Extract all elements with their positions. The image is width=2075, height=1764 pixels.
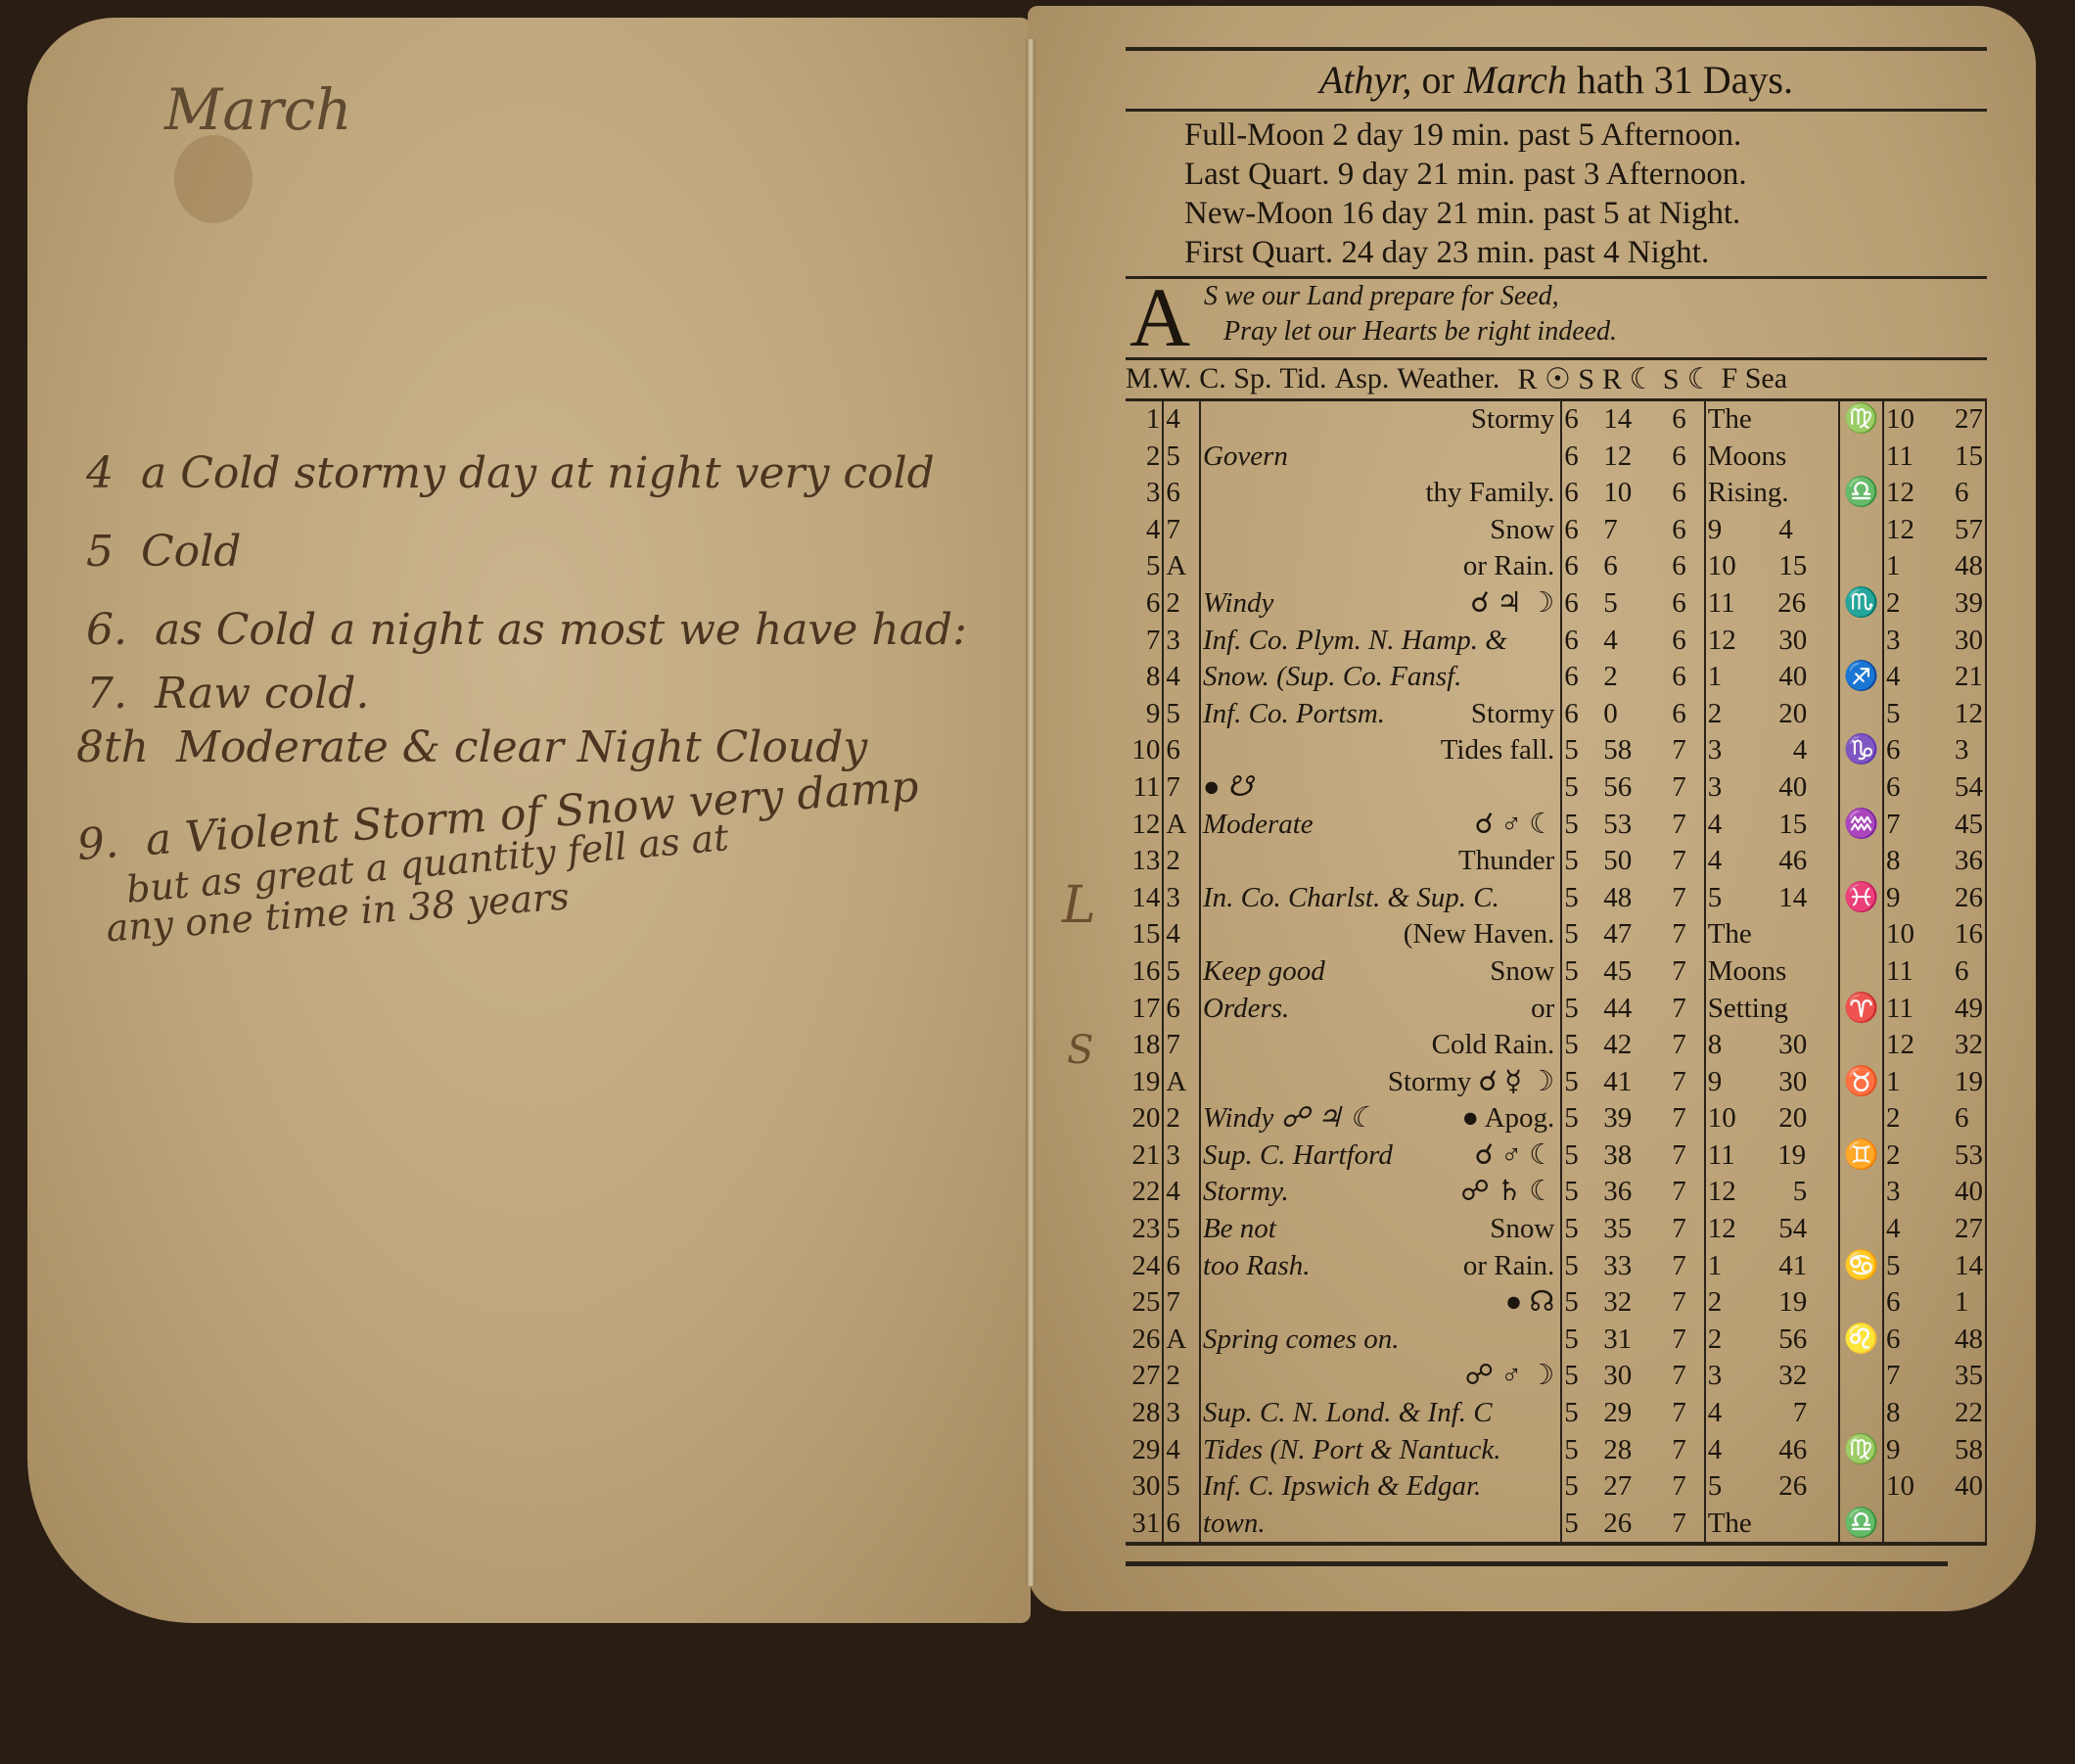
zodiac-sign: ♌ — [1839, 1322, 1883, 1359]
moon-rise-set: Moons — [1705, 439, 1840, 476]
full-sea: 330 — [1883, 623, 1986, 660]
zodiac-sign — [1839, 1358, 1883, 1395]
month-day: 24 — [1126, 1248, 1163, 1285]
sun-rise-set: 676 — [1561, 512, 1704, 549]
aspects-weather: or Rain. — [1200, 548, 1561, 585]
aspects-weather: Thunder — [1200, 843, 1561, 880]
sea-min: 27 — [1955, 1211, 1983, 1248]
sun-rise-min: 30 — [1603, 1358, 1672, 1395]
moon-rise-set: 2 56 — [1705, 1322, 1840, 1359]
sea-hour: 10 — [1886, 916, 1955, 953]
zodiac-sign — [1839, 769, 1883, 807]
moon-rise-set: 1 41 — [1705, 1248, 1840, 1285]
entry-day: 6. — [86, 605, 127, 655]
month-day: 20 — [1126, 1100, 1163, 1137]
full-sea: 836 — [1883, 843, 1986, 880]
margin-mark-l: L — [1062, 876, 1096, 935]
aspect-left-text: Inf. C. Ipswich & Edgar. — [1203, 1468, 1481, 1506]
sea-min: 21 — [1955, 659, 1983, 696]
moon-rise-set: 2 19 — [1705, 1284, 1840, 1322]
month-title: Athyr, or March hath 31 Days. — [1126, 47, 1987, 112]
full-sea: 745 — [1883, 807, 1986, 844]
zodiac-sign: ♐ — [1839, 659, 1883, 696]
sun-rise-set: 5277 — [1561, 1468, 1704, 1506]
sea-hour: 7 — [1886, 807, 1955, 844]
week-day: 2 — [1163, 585, 1200, 623]
sun-set-hour: 7 — [1672, 1027, 1686, 1064]
aspect-left-text: Orders. — [1203, 991, 1289, 1028]
sun-rise-set: 5267 — [1561, 1506, 1704, 1543]
aspects-weather: Spring comes on. — [1200, 1322, 1561, 1359]
aspect-left-text: Windy — [1203, 585, 1274, 623]
week-day: 7 — [1163, 769, 1200, 807]
sun-rise-hour: 5 — [1564, 732, 1603, 769]
sun-rise-min: 14 — [1603, 401, 1672, 439]
sea-hour: 4 — [1886, 659, 1955, 696]
header-asp: Asp. — [1335, 362, 1390, 396]
aspect-right-text: ☍ ♂ ☽ — [1465, 1358, 1555, 1395]
moon-rise-set: 5 14 — [1705, 880, 1840, 917]
aspects-weather: Stormy — [1200, 401, 1561, 439]
sun-rise-set: 5317 — [1561, 1322, 1704, 1359]
full-sea: 1149 — [1883, 991, 1986, 1028]
moon-rise-set: 4 46 — [1705, 843, 1840, 880]
week-day: 5 — [1163, 696, 1200, 733]
entry-text: Cold — [141, 527, 241, 577]
table-row: 224Stormy.☍ ♄ ☾536712 5340 — [1126, 1174, 1986, 1211]
sea-hour: 2 — [1886, 1100, 1955, 1137]
aspect-left-text: Snow. (Sup. Co. Fansf. — [1203, 659, 1462, 696]
moon-rise-set: The — [1705, 401, 1840, 439]
sun-set-hour: 7 — [1672, 1211, 1686, 1248]
entry-day-8: 8th Moderate & clear Night Cloudy — [76, 722, 867, 772]
sun-rise-hour: 5 — [1564, 1468, 1603, 1506]
sun-rise-min: 7 — [1603, 512, 1672, 549]
sea-hour: 11 — [1886, 953, 1955, 991]
sea-min: 6 — [1955, 475, 1969, 512]
month-day: 2 — [1126, 439, 1163, 476]
aspect-right-text: or — [1531, 991, 1554, 1028]
sun-rise-min: 4 — [1603, 623, 1672, 660]
sun-set-hour: 6 — [1672, 623, 1686, 660]
week-day: 2 — [1163, 1100, 1200, 1137]
header-mw: M.W. — [1126, 362, 1191, 396]
sea-hour: 5 — [1886, 1248, 1955, 1285]
sun-rise-set: 5507 — [1561, 843, 1704, 880]
sea-min: 53 — [1955, 1137, 1983, 1175]
aspects-weather: (New Haven. — [1200, 916, 1561, 953]
week-day: 7 — [1163, 512, 1200, 549]
week-day: 6 — [1163, 1248, 1200, 1285]
aspect-left-text: Inf. Co. Plym. N. Hamp. & — [1203, 623, 1507, 660]
entry-text: Raw cold. — [155, 669, 369, 719]
moon-rise-set: 9 4 — [1705, 512, 1840, 549]
sun-rise-min: 26 — [1603, 1506, 1672, 1543]
entry-day: 4 — [86, 448, 114, 498]
aspect-left-text: Moderate — [1203, 807, 1314, 844]
week-day: 7 — [1163, 1027, 1200, 1064]
sea-hour: 9 — [1886, 1432, 1955, 1469]
header-moon-sign: ☾ — [1687, 362, 1714, 396]
entry-text: as Cold a night as most we have had: — [155, 605, 967, 655]
sun-rise-set: 6106 — [1561, 475, 1704, 512]
entry-day: 7. — [86, 669, 127, 719]
moon-rise-set: 3 4 — [1705, 732, 1840, 769]
week-day: 5 — [1163, 953, 1200, 991]
zodiac-sign: ♋ — [1839, 1248, 1883, 1285]
month-day: 9 — [1126, 696, 1163, 733]
margin-mark-s: S — [1067, 1028, 1093, 1073]
full-sea: 340 — [1883, 1174, 1986, 1211]
sun-rise-min: 53 — [1603, 807, 1672, 844]
entry-day-5: 5 Cold — [86, 527, 241, 577]
sun-rise-set: 5447 — [1561, 991, 1704, 1028]
sun-rise-hour: 6 — [1564, 512, 1603, 549]
aspects-weather: Tides fall. — [1200, 732, 1561, 769]
zodiac-sign — [1839, 1174, 1883, 1211]
zodiac-sign: ♉ — [1839, 1064, 1883, 1101]
table-row: 165Keep goodSnow5457Moons116 — [1126, 953, 1986, 991]
sea-hour: 9 — [1886, 880, 1955, 917]
aspects-weather: Stormy ☌ ☿ ☽ — [1200, 1064, 1561, 1101]
sun-rise-min: 33 — [1603, 1248, 1672, 1285]
sea-min: 40 — [1955, 1468, 1983, 1506]
sun-rise-min: 35 — [1603, 1211, 1672, 1248]
aspects-weather: ● ☋ — [1200, 769, 1561, 807]
zodiac-sign: ♎ — [1839, 475, 1883, 512]
table-row: 202Windy ☍ ♃ ☾● Apog.539710 2026 — [1126, 1100, 1986, 1137]
full-sea: 735 — [1883, 1358, 1986, 1395]
sun-rise-set: 646 — [1561, 623, 1704, 660]
table-row: 14Stormy6146The♍1027 — [1126, 401, 1986, 439]
entry-day-7: 7. Raw cold. — [86, 669, 369, 719]
month-day: 27 — [1126, 1358, 1163, 1395]
sun-rise-set: 5427 — [1561, 1027, 1704, 1064]
calendar-table: 14Stormy6146The♍102725Govern6126Moons111… — [1126, 401, 1987, 1542]
month-day: 21 — [1126, 1137, 1163, 1175]
sea-hour: 12 — [1886, 512, 1955, 549]
zodiac-sign — [1839, 548, 1883, 585]
full-sea: 958 — [1883, 1432, 1986, 1469]
aspect-left-text: Sup. C. Hartford — [1203, 1137, 1393, 1175]
full-sea: 427 — [1883, 1211, 1986, 1248]
week-day: 2 — [1163, 843, 1200, 880]
sun-rise-min: 27 — [1603, 1468, 1672, 1506]
table-row: 95Inf. Co. Portsm.Stormy6062 20512 — [1126, 696, 1986, 733]
table-row: 12AModerate☌ ♂ ☾55374 15♒745 — [1126, 807, 1986, 844]
aspects-weather: Keep goodSnow — [1200, 953, 1561, 991]
table-row: 316town.5267The♎ — [1126, 1506, 1986, 1543]
aspect-right-text: ● ☊ — [1505, 1284, 1555, 1322]
sun-rise-hour: 5 — [1564, 916, 1603, 953]
aspect-right-text: Snow — [1490, 512, 1554, 549]
sun-rise-hour: 6 — [1564, 475, 1603, 512]
month-day: 1 — [1126, 401, 1163, 439]
week-day: 5 — [1163, 439, 1200, 476]
sea-hour: 2 — [1886, 585, 1955, 623]
header-full-sea: F Sea — [1722, 362, 1788, 396]
zodiac-sign: ♒ — [1839, 807, 1883, 844]
aspects-weather: Tides (N. Port & Nantuck. — [1200, 1432, 1561, 1469]
zodiac-sign — [1839, 1284, 1883, 1322]
sun-rise-min: 28 — [1603, 1432, 1672, 1469]
sun-rise-hour: 5 — [1564, 1174, 1603, 1211]
month-day: 6 — [1126, 585, 1163, 623]
verse-dropcap: A — [1130, 275, 1190, 359]
table-row: 235Be notSnow535712 54427 — [1126, 1211, 1986, 1248]
sun-rise-set: 5297 — [1561, 1395, 1704, 1432]
sun-set-hour: 7 — [1672, 916, 1686, 953]
sun-set-hour: 7 — [1672, 1468, 1686, 1506]
table-row: 47Snow6769 41257 — [1126, 512, 1986, 549]
aspects-weather: Snow — [1200, 512, 1561, 549]
sun-rise-min: 50 — [1603, 843, 1672, 880]
sea-min: 39 — [1955, 585, 1983, 623]
left-page: March 4 a Cold stormy day at night very … — [27, 18, 1031, 1623]
sea-min: 30 — [1955, 623, 1983, 660]
table-row: 36thy Family.6106Rising.♎126 — [1126, 475, 1986, 512]
week-day: 2 — [1163, 1358, 1200, 1395]
aspect-right-text: Snow — [1490, 1211, 1554, 1248]
week-day: A — [1163, 548, 1200, 585]
full-sea: 421 — [1883, 659, 1986, 696]
almanac-calendar: Athyr, or March hath 31 Days. Full-Moon … — [1126, 47, 1987, 1566]
sun-rise-min: 39 — [1603, 1100, 1672, 1137]
sea-min: 15 — [1955, 439, 1983, 476]
full-sea: 253 — [1883, 1137, 1986, 1175]
moon-rise-set: Setting — [1705, 991, 1840, 1028]
sea-min: 54 — [1955, 769, 1983, 807]
sun-set-hour: 6 — [1672, 585, 1686, 623]
aspect-right-text: Snow — [1490, 953, 1554, 991]
sun-rise-set: 606 — [1561, 696, 1704, 733]
sun-rise-min: 44 — [1603, 991, 1672, 1028]
full-sea: 61 — [1883, 1284, 1986, 1322]
sun-rise-min: 12 — [1603, 439, 1672, 476]
sea-min: 36 — [1955, 843, 1983, 880]
sun-set-hour: 7 — [1672, 1322, 1686, 1359]
sea-hour: 4 — [1886, 1211, 1955, 1248]
verse-line-2: Pray let our Hearts be right indeed. — [1223, 316, 1617, 348]
header-csp: C. Sp. — [1199, 362, 1271, 396]
month-day: 14 — [1126, 880, 1163, 917]
aspect-left-text: too Rash. — [1203, 1248, 1311, 1285]
header-tid: Tid. — [1279, 362, 1326, 396]
moon-rise-set: Rising. — [1705, 475, 1840, 512]
full-sea: 654 — [1883, 769, 1986, 807]
sun-rise-min: 31 — [1603, 1322, 1672, 1359]
week-day: 6 — [1163, 475, 1200, 512]
sea-hour: 12 — [1886, 475, 1955, 512]
sun-set-hour: 7 — [1672, 769, 1686, 807]
verse: A S we our Land prepare for Seed, Pray l… — [1126, 279, 1987, 360]
moon-rise-set: 2 20 — [1705, 696, 1840, 733]
zodiac-sign — [1839, 623, 1883, 660]
month-day: 8 — [1126, 659, 1163, 696]
bottom-rule — [1126, 1561, 1948, 1566]
week-day: A — [1163, 1322, 1200, 1359]
full-sea: 126 — [1883, 475, 1986, 512]
sun-set-hour: 6 — [1672, 696, 1686, 733]
moon-rise-set: 5 26 — [1705, 1468, 1840, 1506]
sea-min: 57 — [1955, 512, 1983, 549]
header-weather: Weather. — [1397, 362, 1499, 396]
zodiac-sign — [1839, 1468, 1883, 1506]
aspect-left-text: Tides (N. Port & Nantuck. — [1203, 1432, 1501, 1469]
aspect-right-text: or Rain. — [1463, 548, 1554, 585]
sun-set-hour: 6 — [1672, 475, 1686, 512]
sun-rise-min: 42 — [1603, 1027, 1672, 1064]
sea-hour: 5 — [1886, 696, 1955, 733]
sun-rise-hour: 5 — [1564, 1432, 1603, 1469]
month-day: 13 — [1126, 843, 1163, 880]
table-row: 19AStormy ☌ ☿ ☽54179 30♉119 — [1126, 1064, 1986, 1101]
zodiac-sign — [1839, 1027, 1883, 1064]
month-day: 22 — [1126, 1174, 1163, 1211]
phase-first-quarter: First Quart. 24 day 23 min. past 4 Night… — [1184, 233, 1967, 272]
sun-rise-hour: 5 — [1564, 807, 1603, 844]
sun-rise-hour: 5 — [1564, 991, 1603, 1028]
sea-hour: 6 — [1886, 1322, 1955, 1359]
full-sea: 512 — [1883, 696, 1986, 733]
sun-rise-hour: 5 — [1564, 953, 1603, 991]
week-day: 5 — [1163, 1211, 1200, 1248]
sea-hour: 12 — [1886, 1027, 1955, 1064]
week-day: 4 — [1163, 1174, 1200, 1211]
aspect-left-text: ● ☋ — [1203, 769, 1253, 807]
sea-min: 1 — [1955, 1284, 1969, 1322]
sun-rise-set: 666 — [1561, 548, 1704, 585]
book-spine — [1026, 39, 1036, 1586]
sun-rise-set: 5487 — [1561, 880, 1704, 917]
handwritten-heading: March — [164, 76, 352, 143]
moon-rise-set: 3 40 — [1705, 769, 1840, 807]
aspect-right-text: ☌ ♂ ☾ — [1475, 1137, 1555, 1175]
sun-set-hour: 7 — [1672, 807, 1686, 844]
sun-rise-min: 38 — [1603, 1137, 1672, 1175]
sea-hour: 10 — [1886, 401, 1955, 439]
sea-min: 45 — [1955, 807, 1983, 844]
zodiac-sign: ♍ — [1839, 1432, 1883, 1469]
sun-rise-hour: 6 — [1564, 623, 1603, 660]
full-sea: 1115 — [1883, 439, 1986, 476]
sea-min: 14 — [1955, 1248, 1983, 1285]
aspect-right-text: Stormy ☌ ☿ ☽ — [1388, 1064, 1554, 1101]
sun-rise-min: 2 — [1603, 659, 1672, 696]
zodiac-sign — [1839, 1395, 1883, 1432]
sea-hour: 1 — [1886, 548, 1955, 585]
sun-set-hour: 7 — [1672, 1506, 1686, 1543]
sun-rise-min: 41 — [1603, 1064, 1672, 1101]
table-row: 176Orders.or5447Setting♈1149 — [1126, 991, 1986, 1028]
sea-min: 32 — [1955, 1027, 1983, 1064]
entry-day: 5 — [86, 527, 114, 577]
sun-rise-set: 5567 — [1561, 769, 1704, 807]
sea-min: 3 — [1955, 732, 1969, 769]
week-day: 3 — [1163, 880, 1200, 917]
aspects-weather: Sup. C. N. Lond. & Inf. C — [1200, 1395, 1561, 1432]
moon-phases: Full-Moon 2 day 19 min. past 5 Afternoon… — [1126, 112, 1987, 279]
week-day: 3 — [1163, 1137, 1200, 1175]
week-day: 6 — [1163, 732, 1200, 769]
zodiac-sign: ♑ — [1839, 732, 1883, 769]
full-sea: 1027 — [1883, 401, 1986, 439]
aspect-left-text: Govern — [1203, 439, 1288, 476]
phase-new-moon: New-Moon 16 day 21 min. past 5 at Night. — [1184, 194, 1967, 233]
sun-set-hour: 7 — [1672, 1284, 1686, 1322]
sun-rise-min: 6 — [1603, 548, 1672, 585]
full-sea: 1232 — [1883, 1027, 1986, 1064]
aspects-weather: Inf. Co. Plym. N. Hamp. & — [1200, 623, 1561, 660]
sun-set-hour: 7 — [1672, 1432, 1686, 1469]
sun-rise-hour: 6 — [1564, 585, 1603, 623]
sun-rise-hour: 5 — [1564, 1211, 1603, 1248]
month-day: 25 — [1126, 1284, 1163, 1322]
sun-rise-set: 5537 — [1561, 807, 1704, 844]
sea-min: 12 — [1955, 696, 1983, 733]
aspect-left-text: Be not — [1203, 1211, 1276, 1248]
sun-rise-min: 0 — [1603, 696, 1672, 733]
header-moon-rise-set: R ☾ S — [1602, 362, 1680, 396]
column-headers: M.W. C. Sp. Tid. Asp. Weather. R ☉ S R ☾… — [1126, 360, 1987, 401]
table-row: 294Tides (N. Port & Nantuck.52874 46♍958 — [1126, 1432, 1986, 1469]
sun-rise-hour: 6 — [1564, 548, 1603, 585]
moon-rise-set: 10 20 — [1705, 1100, 1840, 1137]
full-sea: 926 — [1883, 880, 1986, 917]
title-month: March — [1464, 58, 1567, 102]
month-day: 23 — [1126, 1211, 1163, 1248]
aspect-left-text: Spring comes on. — [1203, 1322, 1400, 1359]
zodiac-sign — [1839, 916, 1883, 953]
title-or: or — [1421, 58, 1453, 102]
aspects-weather: Orders.or — [1200, 991, 1561, 1028]
sun-rise-set: 5337 — [1561, 1248, 1704, 1285]
week-day: 6 — [1163, 991, 1200, 1028]
sun-rise-min: 10 — [1603, 475, 1672, 512]
sun-set-hour: 7 — [1672, 1358, 1686, 1395]
entry-text: Moderate & clear Night Cloudy — [176, 722, 867, 772]
sun-rise-hour: 5 — [1564, 1027, 1603, 1064]
table-row: 132Thunder55074 46836 — [1126, 843, 1986, 880]
table-row: 62Windy☌ ♃ ☽65611 26♏239 — [1126, 585, 1986, 623]
full-sea — [1883, 1506, 1986, 1543]
aspects-weather: Inf. C. Ipswich & Edgar. — [1200, 1468, 1561, 1506]
sun-rise-min: 47 — [1603, 916, 1672, 953]
sun-rise-hour: 5 — [1564, 1248, 1603, 1285]
sun-rise-hour: 5 — [1564, 880, 1603, 917]
sea-min: 58 — [1955, 1432, 1983, 1469]
sea-hour: 2 — [1886, 1137, 1955, 1175]
moon-rise-set: 3 32 — [1705, 1358, 1840, 1395]
sun-set-hour: 7 — [1672, 1100, 1686, 1137]
sun-rise-set: 5397 — [1561, 1100, 1704, 1137]
table-row: 84Snow. (Sup. Co. Fansf.6261 40♐421 — [1126, 659, 1986, 696]
zodiac-sign — [1839, 696, 1883, 733]
month-day: 18 — [1126, 1027, 1163, 1064]
aspect-right-text: ☌ ♃ ☽ — [1470, 585, 1554, 623]
sun-rise-min: 32 — [1603, 1284, 1672, 1322]
month-day: 10 — [1126, 732, 1163, 769]
week-day: 5 — [1163, 1468, 1200, 1506]
sea-min: 16 — [1955, 916, 1983, 953]
sea-min: 48 — [1955, 548, 1983, 585]
table-row: 305Inf. C. Ipswich & Edgar.52775 261040 — [1126, 1468, 1986, 1506]
full-sea: 648 — [1883, 1322, 1986, 1359]
sun-set-hour: 6 — [1672, 548, 1686, 585]
sea-min: 26 — [1955, 880, 1983, 917]
sun-rise-set: 5357 — [1561, 1211, 1704, 1248]
sea-min: 27 — [1955, 401, 1983, 439]
